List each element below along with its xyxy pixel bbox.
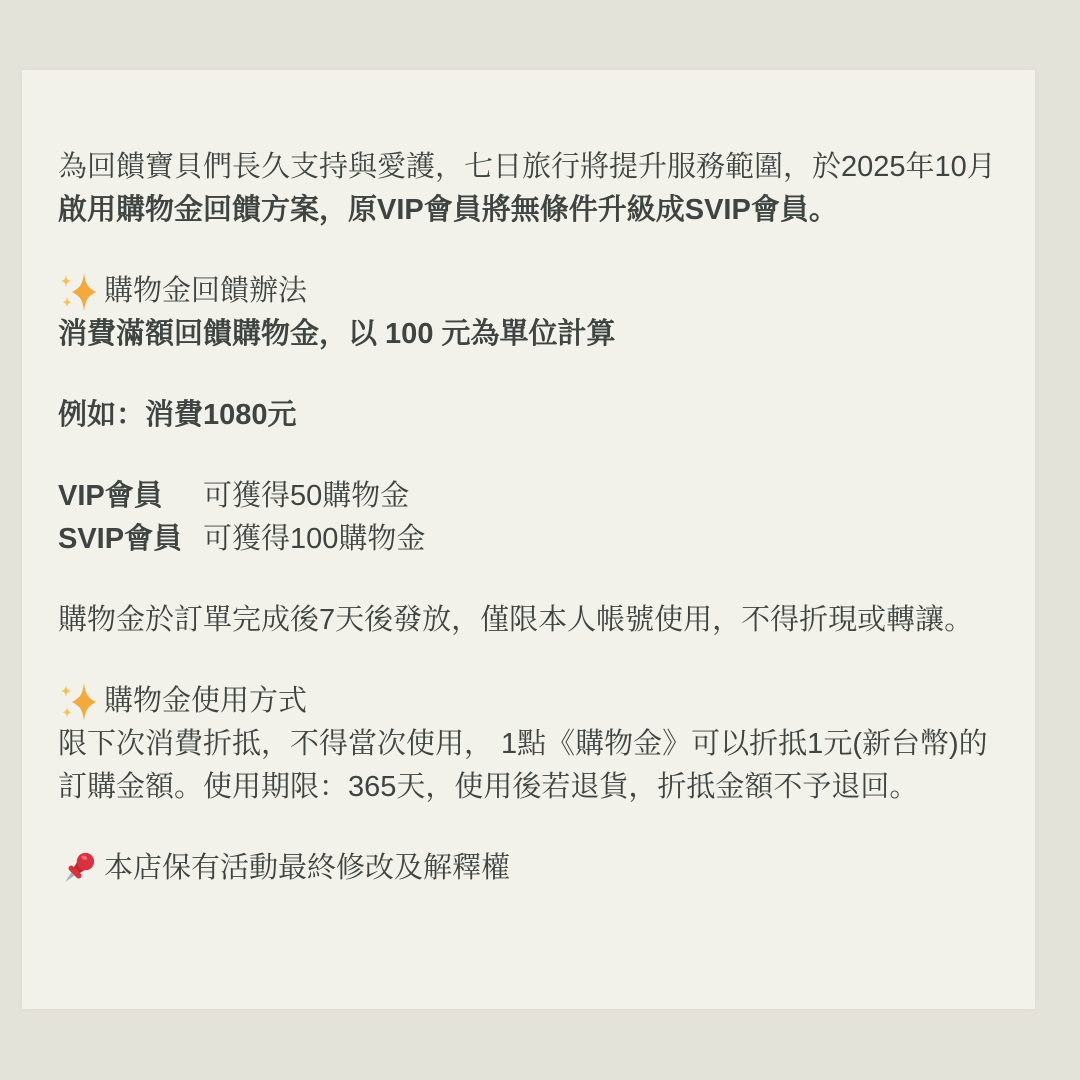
usage-line-1: 限下次消費折抵，不得當次使用， 1點《購物金》可以折抵1元(新台幣)的 xyxy=(58,723,1008,766)
tier-label: VIP會員 xyxy=(58,475,203,518)
tier-list: VIP會員 可獲得50購物金 SVIP會員 可獲得100購物金 xyxy=(58,475,1008,561)
usage-line-2: 訂購金額。使用期限：365天，使用後若退貨，折抵金額不予退回。 xyxy=(58,766,1008,809)
pushpin-icon xyxy=(58,849,98,889)
reward-note: 購物金於訂單完成後7天後發放，僅限本人帳號使用，不得折現或轉讓。 xyxy=(58,599,1008,642)
sparkles-icon xyxy=(58,682,98,722)
footer-line: 本店保有活動最終修改及解釋權 xyxy=(58,847,1008,890)
footer-text: 本店保有活動最終修改及解釋權 xyxy=(104,847,510,890)
reward-note-paragraph: 購物金於訂單完成後7天後發放，僅限本人帳號使用，不得折現或轉讓。 xyxy=(58,599,1008,642)
announcement-content: 為回饋寶貝們長久支持與愛護，七日旅行將提升服務範圍，於2025年10月 啟用購物… xyxy=(58,146,1008,890)
intro-line-2: 啟用購物金回饋方案，原VIP會員將無條件升級成SVIP會員。 xyxy=(58,189,1008,232)
intro-paragraph: 為回饋寶貝們長久支持與愛護，七日旅行將提升服務範圍，於2025年10月 啟用購物… xyxy=(58,146,1008,232)
tier-value: 可獲得50購物金 xyxy=(203,475,1008,518)
sparkles-icon xyxy=(58,272,98,312)
example-paragraph: 例如：消費1080元 xyxy=(58,394,1008,437)
usage-section-title: 購物金使用方式 xyxy=(104,680,307,723)
footer-note: 本店保有活動最終修改及解釋權 xyxy=(58,847,1008,890)
reward-section-header: 購物金回饋辦法 xyxy=(58,270,1008,313)
announcement-card: 為回饋寶貝們長久支持與愛護，七日旅行將提升服務範圍，於2025年10月 啟用購物… xyxy=(22,70,1035,1009)
page-background: { "page": { "background_color": "#e4e3da… xyxy=(0,0,1080,1080)
example-line: 例如：消費1080元 xyxy=(58,394,1008,437)
reward-rule: 消費滿額回饋購物金，以 100 元為單位計算 xyxy=(58,313,1008,356)
intro-line-1: 為回饋寶貝們長久支持與愛護，七日旅行將提升服務範圍，於2025年10月 xyxy=(58,146,1008,189)
tier-row: VIP會員 可獲得50購物金 xyxy=(58,475,1008,518)
usage-section: 購物金使用方式 限下次消費折抵，不得當次使用， 1點《購物金》可以折抵1元(新台… xyxy=(58,680,1008,809)
tier-row: SVIP會員 可獲得100購物金 xyxy=(58,518,1008,561)
tier-value: 可獲得100購物金 xyxy=(203,518,1008,561)
reward-section-title: 購物金回饋辦法 xyxy=(104,270,307,313)
tier-label: SVIP會員 xyxy=(58,518,203,561)
reward-section: 購物金回饋辦法 消費滿額回饋購物金，以 100 元為單位計算 xyxy=(58,270,1008,356)
usage-section-header: 購物金使用方式 xyxy=(58,680,1008,723)
